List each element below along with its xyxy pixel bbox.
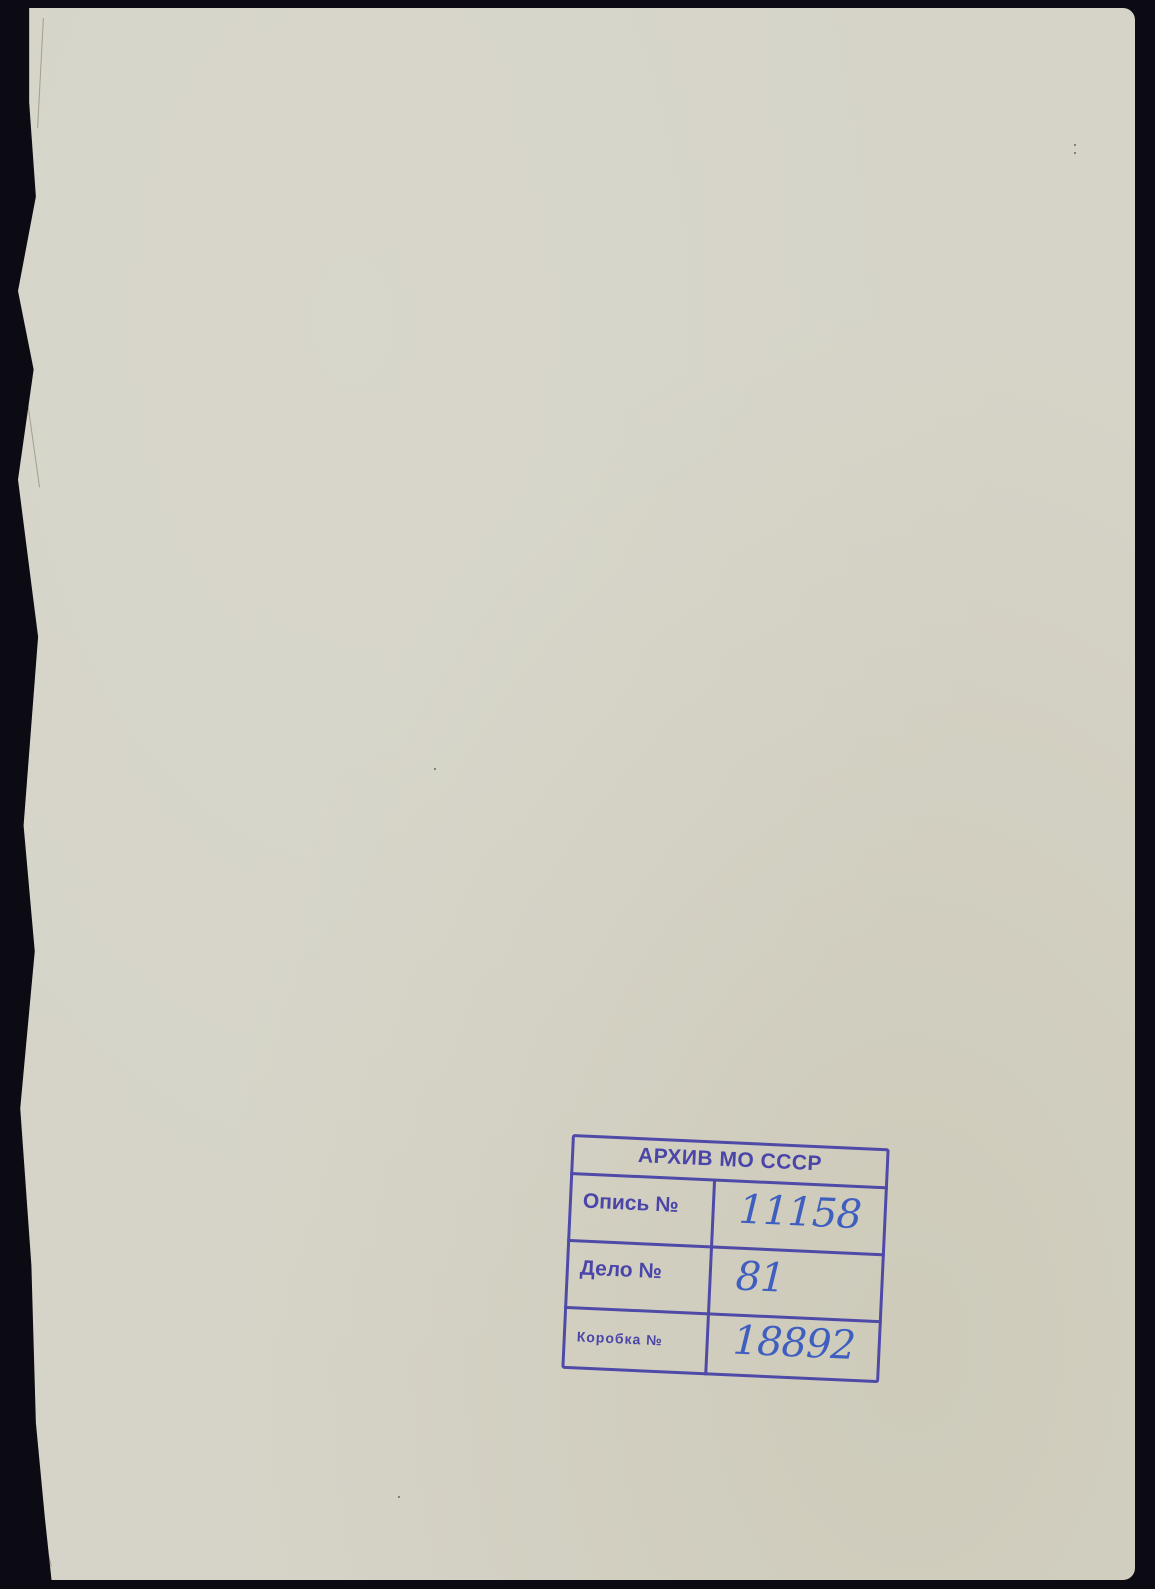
paper-speck (398, 1496, 400, 1498)
paper-crease (37, 18, 44, 128)
paper-speck (1074, 152, 1076, 154)
paper-crease (21, 359, 40, 488)
paper-speck (32, 203, 34, 205)
paper-speck (1074, 144, 1076, 146)
file-label: Дело № (579, 1257, 662, 1285)
paper-speck (434, 768, 436, 770)
inventory-label: Опись № (582, 1190, 679, 1218)
inventory-value: 11158 (738, 1187, 862, 1238)
paper-crease (29, 1479, 52, 1567)
box-value: 18892 (732, 1318, 856, 1369)
archive-stamp: АРХИВ МО СССР Опись № 11158 Дело № 81 Ко… (561, 1134, 889, 1383)
file-value: 81 (735, 1254, 786, 1302)
box-label: Коробка № (576, 1328, 663, 1348)
